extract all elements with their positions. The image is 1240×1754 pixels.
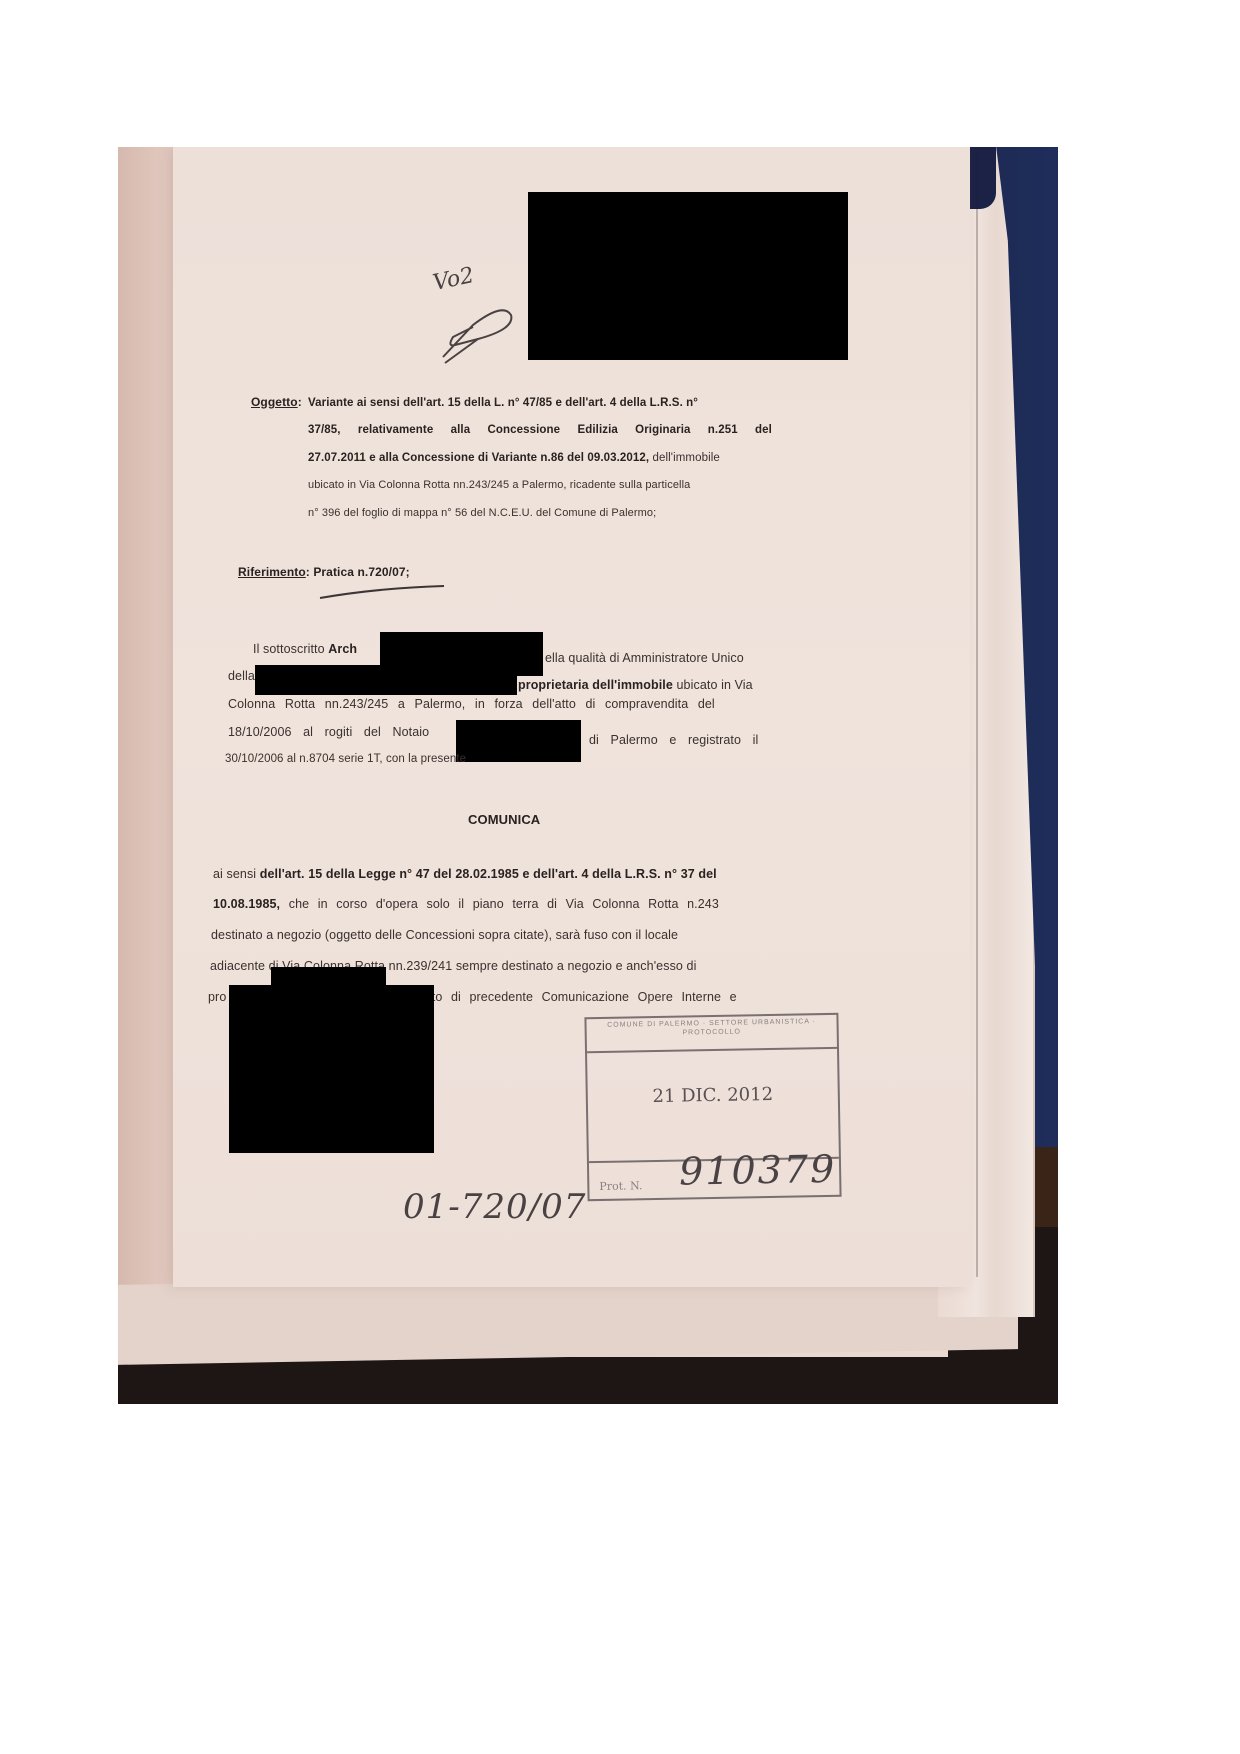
stamp-number-row: Prot. N. 910379	[589, 1157, 840, 1199]
body-line-3: Colonna Rotta nn.243/245 a Palermo, in f…	[228, 697, 715, 711]
body-line-5: 30/10/2006 al n.8704 serie 1T, con la pr…	[225, 753, 466, 765]
handwritten-note-top: Vo2	[431, 263, 476, 296]
subject-line-5: n° 396 del foglio di mappa n° 56 del N.C…	[308, 507, 656, 519]
body-line-1-end: ella qualità di Amministratore Unico	[545, 651, 744, 665]
body-line-2-end: proprietaria dell'immobile ubicato in Vi…	[518, 678, 753, 692]
page-edge-line	[976, 207, 978, 1277]
redaction-block-notary	[456, 720, 581, 762]
reference-line: Riferimento: Pratica n.720/07;	[238, 565, 410, 579]
subject-line-4: ubicato in Via Colonna Rotta nn.243/245 …	[308, 479, 690, 491]
stamp-protocol-number: 910379	[679, 1147, 837, 1194]
redaction-block-signature	[229, 985, 434, 1153]
handwritten-underline	[318, 582, 448, 602]
stamp-header: COMUNE DI PALERMO · SETTORE URBANISTICA …	[586, 1015, 837, 1053]
handwritten-signature-icon	[433, 297, 523, 367]
body-line-4-start: 18/10/2006 al rogiti del Notaio	[228, 725, 429, 739]
subject-line-1: Variante ai sensi dell'art. 15 della L. …	[308, 397, 698, 409]
document-page: Vo2 Oggetto: Variante ai sensi dell'art.…	[173, 147, 970, 1287]
handwritten-note-bottom: 01-720/07	[403, 1187, 586, 1227]
communication-line-3: destinato a negozio (oggetto delle Conce…	[211, 928, 678, 942]
document-photo: Vo2 Oggetto: Variante ai sensi dell'art.…	[118, 147, 1058, 1404]
stamp-number-label: Prot. N.	[599, 1179, 642, 1193]
subject-line-2: 37/85, relativamente alla Concessione Ed…	[308, 424, 772, 436]
body-line-1-start: Il sottoscritto Arch	[253, 642, 357, 656]
communication-line-5-end: oggetto di precedente Comunicazione Oper…	[400, 990, 737, 1004]
communication-line-2: 10.08.1985, che in corso d'opera solo il…	[213, 897, 719, 911]
subject-line-3: 27.07.2011 e alla Concessione di Variant…	[308, 452, 720, 464]
subject-label: Oggetto:	[251, 395, 302, 409]
protocol-stamp: COMUNE DI PALERMO · SETTORE URBANISTICA …	[584, 1013, 841, 1201]
heading-comunica: COMUNICA	[468, 812, 540, 827]
redaction-block-header	[528, 192, 848, 360]
stamp-date: 21 DIC. 2012	[588, 1083, 838, 1108]
communication-line-5-start: pro	[208, 990, 226, 1004]
communication-line-1: ai sensi dell'art. 15 della Legge n° 47 …	[213, 867, 717, 881]
redaction-block-owner	[271, 967, 386, 987]
body-line-2-start: della	[228, 669, 255, 683]
redaction-block-company	[255, 665, 517, 695]
body-line-4-end: di Palermo e registrato il	[589, 733, 758, 747]
